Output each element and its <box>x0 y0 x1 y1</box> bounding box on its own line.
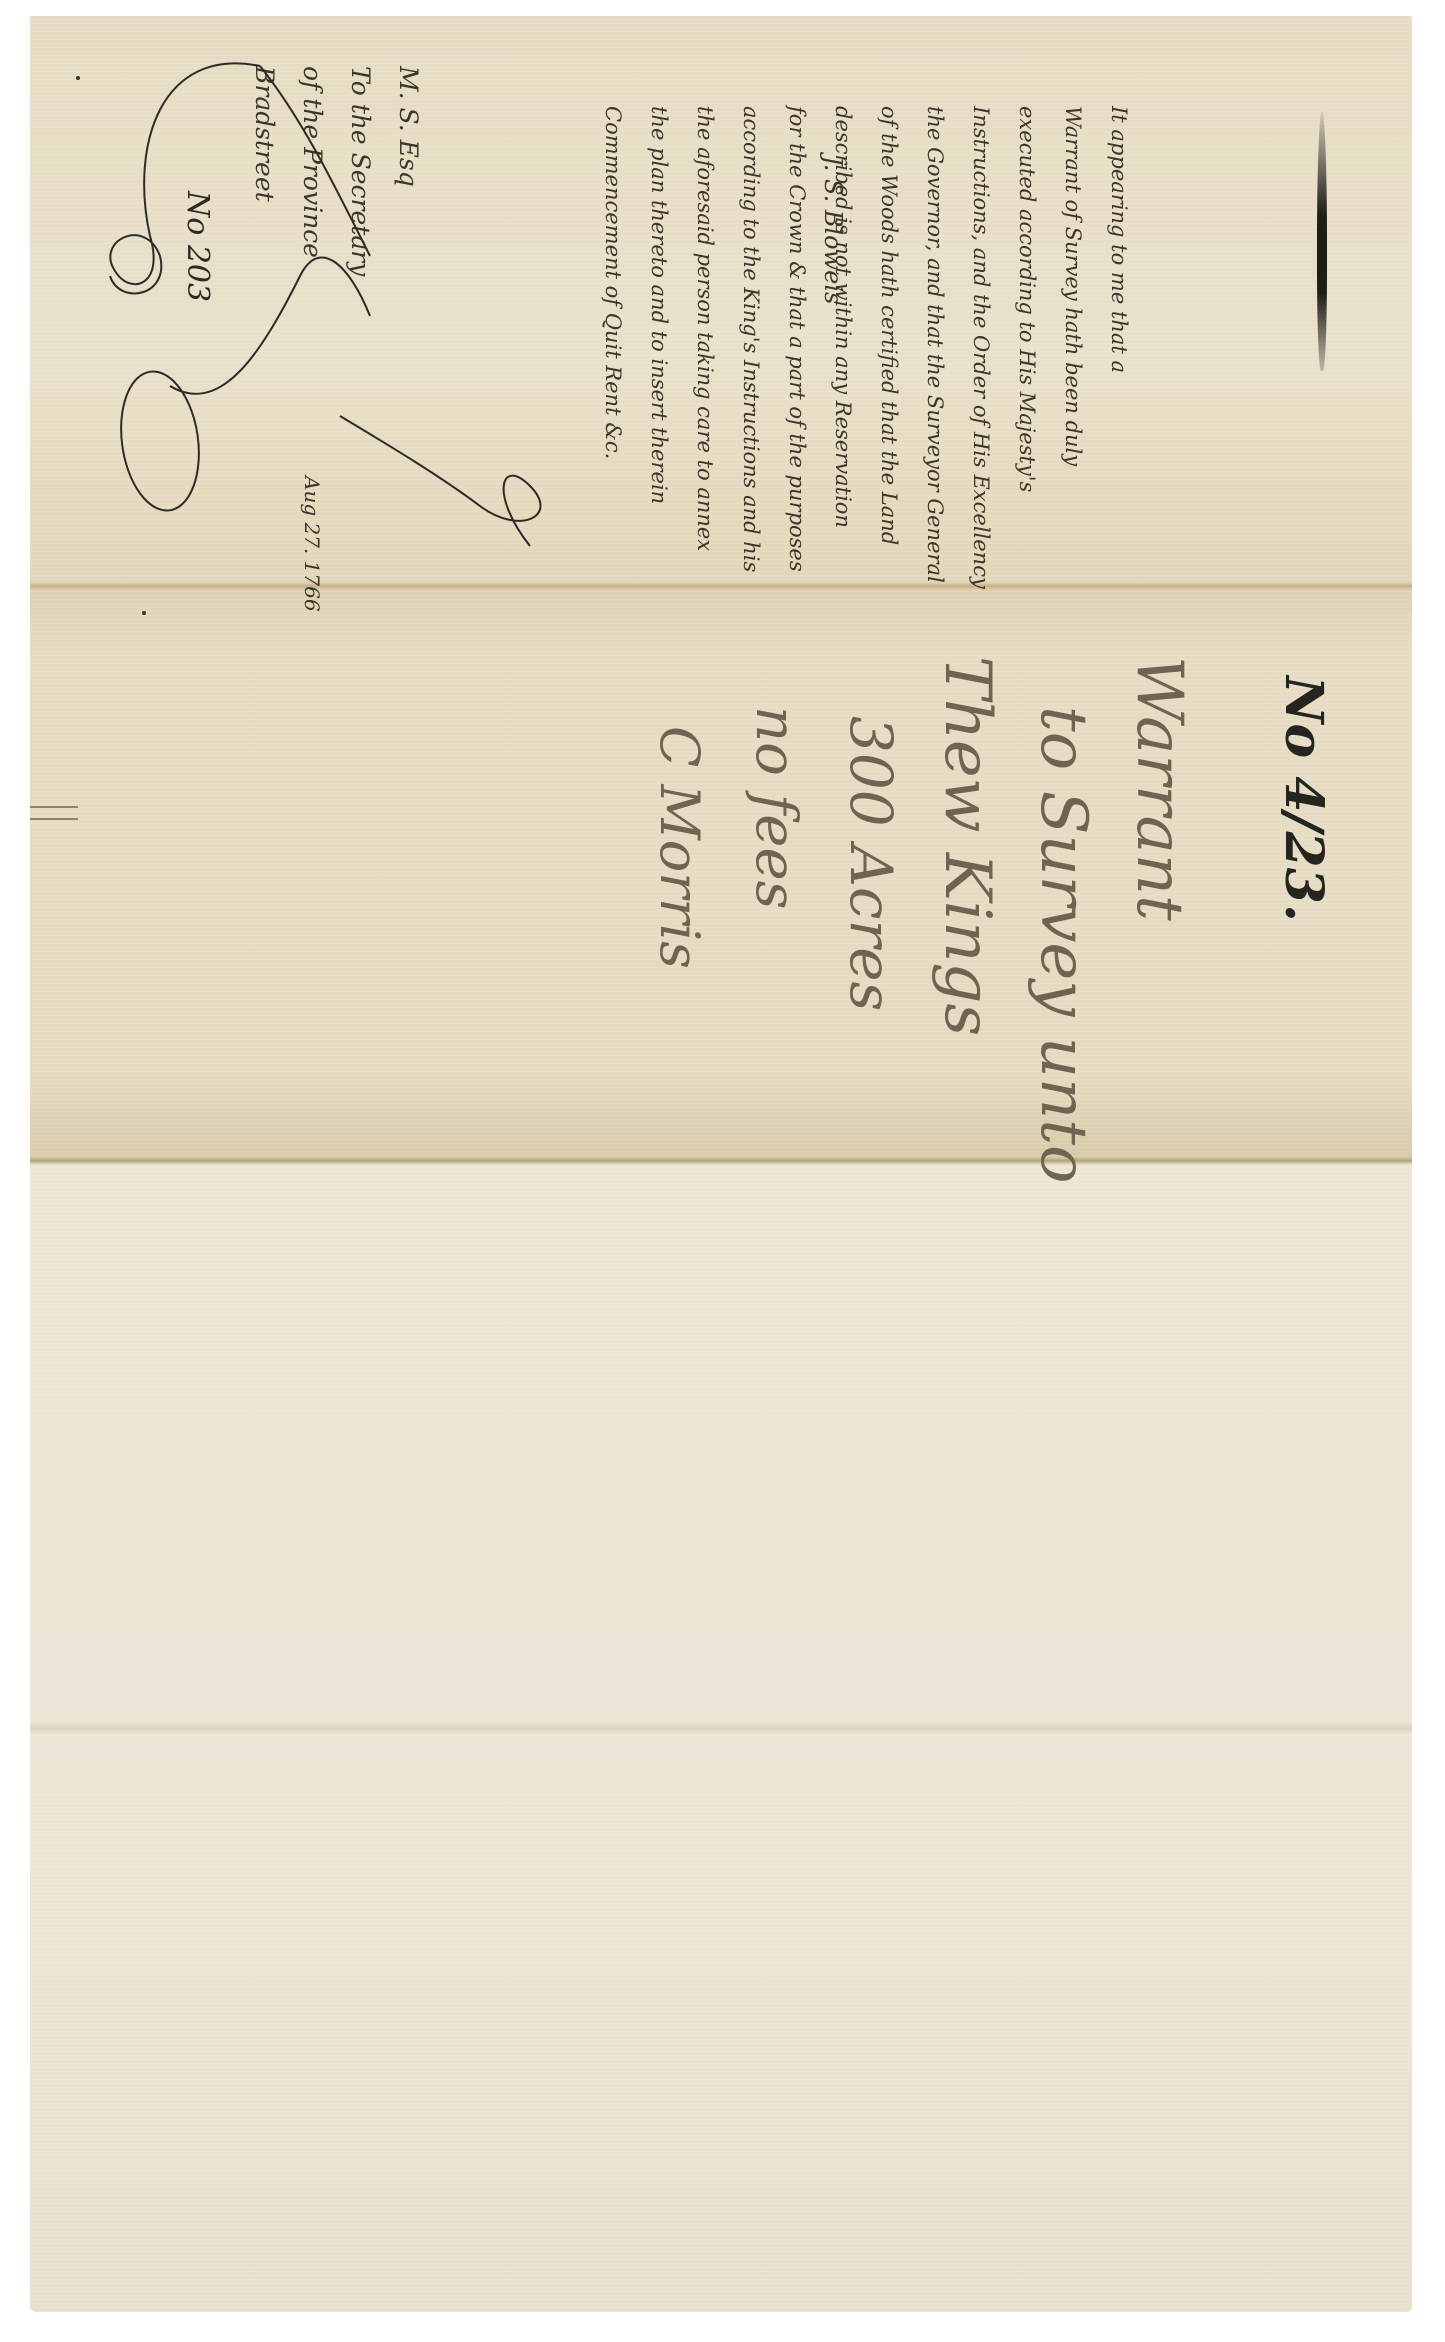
docket-line-warrant: Warrant <box>1111 636 1207 1183</box>
body-line: Warrant of Survey hath been duly <box>1050 106 1096 566</box>
addressee-line: of the Province Aug 27. 1766 <box>288 66 336 586</box>
body-line: according to the King's Instructions and… <box>728 106 774 566</box>
ink-spot <box>76 76 80 80</box>
addressee-initials-line: M. S. Esq <box>384 66 432 586</box>
fold-crease <box>30 1721 1412 1735</box>
docket-number: No 4/23. <box>1273 676 1334 922</box>
addressee-line: To the Secretary <box>336 66 384 586</box>
body-line: Commencement of Quit Rent &c. <box>590 106 636 566</box>
record-number: No 203 <box>180 191 215 302</box>
addressee-province: of the Province <box>298 66 327 258</box>
body-line: the plan thereto and to insert therein <box>636 106 682 566</box>
body-line: It appearing to me that a <box>1096 106 1142 566</box>
docket-line-grantee: Thew Kings <box>919 636 1015 1183</box>
body-line: the Governor, and that the Surveyor Gene… <box>912 106 958 566</box>
signature-block: J. S. Bloweis <box>809 156 857 304</box>
docket-line-survey: to Survey unto <box>1015 636 1111 1183</box>
margin-double-line-mark <box>30 806 78 820</box>
addressee-block: M. S. Esq To the Secretary of the Provin… <box>240 66 432 586</box>
addressee-title: Esq <box>394 140 423 187</box>
body-line: the aforesaid person taking care to anne… <box>682 106 728 566</box>
signature: J. S. Bloweis <box>809 156 857 304</box>
body-line: executed according to His Majesty's <box>1004 106 1050 566</box>
docket-line-clerk: C Morris <box>631 636 727 1183</box>
ink-stroke-mark <box>1317 111 1327 371</box>
manuscript-sheet: It appearing to me that a Warrant of Sur… <box>30 16 1412 2312</box>
addressee-initials: M. S. <box>394 66 423 132</box>
bottom-fold-panel-blank <box>30 1161 1412 2312</box>
body-line: of the Woods hath certified that the Lan… <box>866 106 912 566</box>
warrant-body-text: It appearing to me that a Warrant of Sur… <box>590 106 1142 566</box>
date: Aug 27. 1766 <box>300 266 324 612</box>
addressee-line: Bradstreet <box>240 66 288 586</box>
fold-crease <box>30 582 1412 590</box>
docket-line-fees: no fees <box>727 636 823 1183</box>
body-line: Instructions, and the Order of His Excel… <box>958 106 1004 566</box>
docket-endorsement: Warrant to Survey unto Thew Kings 300 Ac… <box>631 636 1207 1183</box>
docket-line-acres: 300 Acres <box>823 636 919 1183</box>
ink-spot <box>142 611 146 615</box>
